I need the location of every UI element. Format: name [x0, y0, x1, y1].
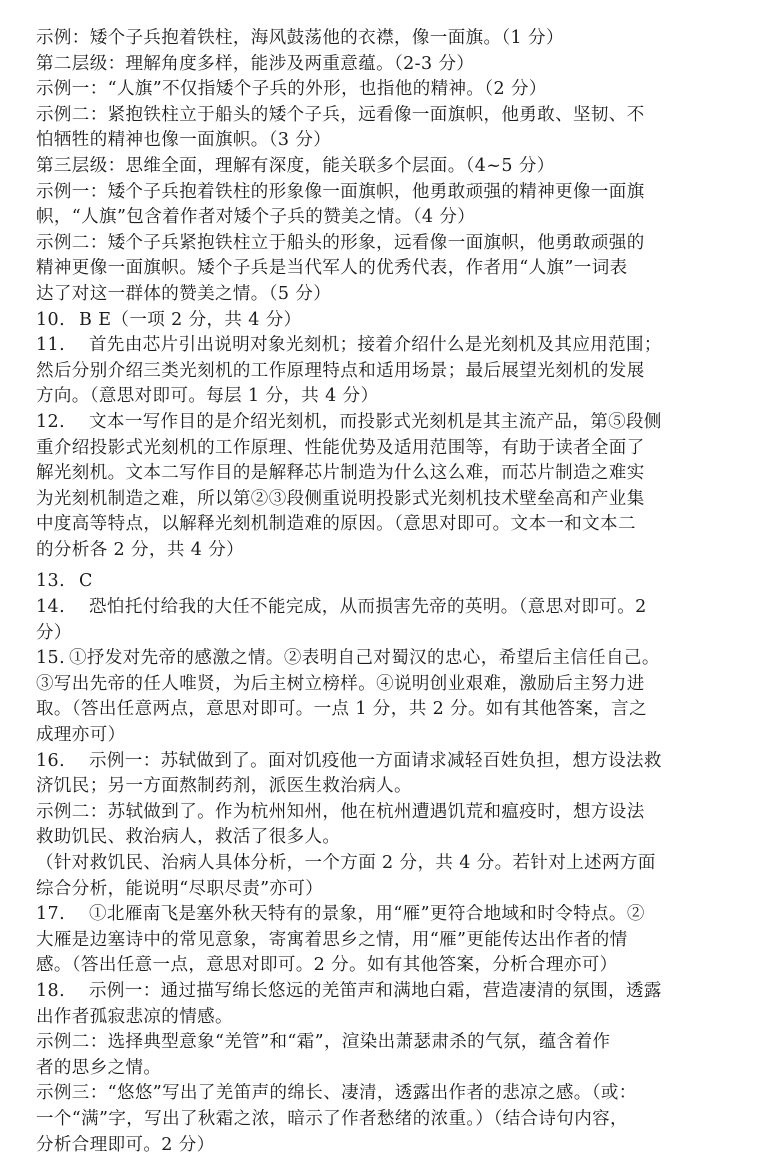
answer-q14: 14.恐怕托付给我的大任不能完成，从而损害先帝的英明。（意思对即可。2 分）: [36, 595, 736, 646]
answer-text: ①北雁南飞是塞外秋天特有的景象，用“雁”更符合地域和时令特点。②: [89, 904, 645, 924]
text-line: 示例一：“人旗”不仅指矮个子兵的外形，也指他的精神。（2 分）: [36, 77, 736, 103]
question-number: 14.: [36, 595, 65, 621]
answer-q16: 16.示例一：苏轼做到了。面对饥疫他一方面请求减轻百姓负担，想方设法救 济饥民；…: [36, 749, 736, 903]
text-line: 者的思乡之情。: [36, 1056, 736, 1082]
text-line: 大雁是边塞诗中的常见意象，寄寓着思乡之情，用“雁”更能传达出作者的情: [36, 928, 736, 954]
text-line: 示例三：“悠悠”写出了羌笛声的绵长、凄清，透露出作者的悲凉之感。（或：: [36, 1081, 736, 1107]
section-q9-continuation: 示例：矮个子兵抱着铁柱，海风鼓荡他的衣襟，像一面旗。（1 分） 第二层级：理解角…: [36, 26, 736, 308]
text-line: 为光刻机制造之难，所以第②③段侧重说明投影式光刻机技术壁垒高和产业集: [36, 487, 736, 513]
text-line: 16.示例一：苏轼做到了。面对饥疫他一方面请求减轻百姓负担，想方设法救: [36, 749, 736, 775]
text-line: 示例二：紧抱铁柱立于船头的矮个子兵，远看像一面旗帜，他勇敢、坚韧、不: [36, 103, 736, 129]
text-line: 一个“满”字，写出了秋霜之浓，暗示了作者愁绪的浓重。）（结合诗句内容，: [36, 1107, 736, 1133]
text-line: 的分析各 2 分，共 4 分）: [36, 538, 736, 564]
text-line: 示例二：苏轼做到了。作为杭州知州，他在杭州遭遇饥荒和瘟疫时，想方设法: [36, 800, 736, 826]
text-line: 示例一：矮个子兵抱着铁柱的形象像一面旗帜，他勇敢顽强的精神更像一面旗: [36, 180, 736, 206]
text-line: 综合分析，能说明“尽职尽责”亦可）: [36, 877, 736, 903]
text-line: 中度高等特点，以解释光刻机制造难的原因。（意思对即可。文本一和文本二: [36, 512, 736, 538]
text-line: 达了对这一群体的赞美之情。（5 分）: [36, 282, 736, 308]
text-line: 12.文本一写作目的是介绍光刻机，而投影式光刻机是其主流产品，第⑤段侧: [36, 410, 736, 436]
text-line: 济饥民；另一方面熬制药剂，派医生救治病人。: [36, 774, 736, 800]
text-line: 17.①北雁南飞是塞外秋天特有的景象，用“雁”更符合地域和时令特点。②: [36, 902, 736, 928]
answer-q12: 12.文本一写作目的是介绍光刻机，而投影式光刻机是其主流产品，第⑤段侧 重介绍投…: [36, 410, 736, 564]
text-line: 示例二：选择典型意象“羌管”和“霜”，渲染出萧瑟肃杀的气氛，蕴含着作: [36, 1030, 736, 1056]
text-line: 成理亦可）: [36, 723, 736, 749]
question-number: 17.: [36, 902, 65, 928]
text-line: 怕牺牲的精神也像一面旗帜。（3 分）: [36, 128, 736, 154]
text-line: 精神更像一面旗帜。矮个子兵是当代军人的优秀代表，作者用“人旗”一词表: [36, 256, 736, 282]
text-line: 10.B E（一项 2 分，共 4 分）: [36, 308, 736, 334]
question-number: 18.: [36, 979, 65, 1005]
answer-text: 示例一：苏轼做到了。面对饥疫他一方面请求减轻百姓负担，想方设法救: [89, 751, 662, 771]
text-line: 13.C: [36, 569, 736, 595]
question-number: 16.: [36, 749, 65, 775]
question-number: 12.: [36, 410, 65, 436]
answer-q13: 13.C: [36, 569, 736, 595]
text-line: 分）: [36, 621, 736, 647]
answer-q15: 15.①抒发对先帝的感激之情。②表明自己对蜀汉的忠心，希望后主信任自己。 ③写出…: [36, 646, 736, 748]
text-line: 示例二：矮个子兵紧抱铁柱立于船头的形象，远看像一面旗帜，他勇敢顽强的: [36, 231, 736, 257]
answer-text: 示例一：通过描写绵长悠远的羌笛声和满地白霜，营造凄清的氛围，透露: [89, 981, 662, 1001]
text-line: 15.①抒发对先帝的感激之情。②表明自己对蜀汉的忠心，希望后主信任自己。: [36, 646, 736, 672]
answer-text: 文本一写作目的是介绍光刻机，而投影式光刻机是其主流产品，第⑤段侧: [89, 412, 662, 432]
text-line: 11.首先由芯片引出说明对象光刻机；接着介绍什么是光刻机及其应用范围；: [36, 333, 736, 359]
text-line: ③写出先帝的任人唯贤，为后主树立榜样。④说明创业艰难，激励后主努力进: [36, 672, 736, 698]
question-number: 15.: [36, 646, 65, 672]
text-line: 帜，“人旗”包含着作者对矮个子兵的赞美之情。（4 分）: [36, 205, 736, 231]
text-line: 18.示例一：通过描写绵长悠远的羌笛声和满地白霜，营造凄清的氛围，透露: [36, 979, 736, 1005]
answer-text: C: [79, 571, 93, 591]
text-line: 14.恐怕托付给我的大任不能完成，从而损害先帝的英明。（意思对即可。2: [36, 595, 736, 621]
text-line: 方向。（意思对即可。每层 1 分，共 4 分）: [36, 384, 736, 410]
text-line: 然后分别介绍三类光刻机的工作原理特点和适用场景；最后展望光刻机的发展: [36, 359, 736, 385]
question-number: 11.: [36, 333, 65, 359]
text-line: （针对救饥民、治病人具体分析，一个方面 2 分，共 4 分。若针对上述两方面: [36, 851, 736, 877]
answer-text: ①抒发对先帝的感激之情。②表明自己对蜀汉的忠心，希望后主信任自己。: [69, 648, 660, 668]
answer-text: 首先由芯片引出说明对象光刻机；接着介绍什么是光刻机及其应用范围；: [89, 335, 662, 355]
text-line: 感。（答出任意一点，意思对即可。2 分。如有其他答案，分析合理亦可）: [36, 953, 736, 979]
question-number: 13.: [36, 569, 65, 595]
answer-text: 恐怕托付给我的大任不能完成，从而损害先帝的英明。（意思对即可。2: [89, 597, 647, 617]
text-line: 取。（答出任意两点，意思对即可。一点 1 分，共 2 分。如有其他答案，言之: [36, 697, 736, 723]
text-line: 解光刻机。文本二写作目的是解释芯片制造为什么这么难，而芯片制造之难实: [36, 461, 736, 487]
text-line: 救助饥民、救治病人，救活了很多人。: [36, 825, 736, 851]
answer-q11: 11.首先由芯片引出说明对象光刻机；接着介绍什么是光刻机及其应用范围； 然后分别…: [36, 333, 736, 410]
text-line: 重介绍投影式光刻机的工作原理、性能优势及适用范围等，有助于读者全面了: [36, 436, 736, 462]
answer-q10: 10.B E（一项 2 分，共 4 分）: [36, 308, 736, 334]
text-line: 出作者孤寂悲凉的情感。: [36, 1005, 736, 1031]
answer-text: B E（一项 2 分，共 4 分）: [79, 310, 302, 330]
question-number: 10.: [36, 308, 65, 334]
text-line: 分析合理即可。2 分）: [36, 1133, 736, 1152]
text-line: 示例：矮个子兵抱着铁柱，海风鼓荡他的衣襟，像一面旗。（1 分）: [36, 26, 736, 52]
text-line: 第二层级：理解角度多样，能涉及两重意蕴。（2-3 分）: [36, 52, 736, 78]
text-line: 第三层级：思维全面，理解有深度，能关联多个层面。（4~5 分）: [36, 154, 736, 180]
answer-q17: 17.①北雁南飞是塞外秋天特有的景象，用“雁”更符合地域和时令特点。② 大雁是边…: [36, 902, 736, 979]
answer-q18: 18.示例一：通过描写绵长悠远的羌笛声和满地白霜，营造凄清的氛围，透露 出作者孤…: [36, 979, 736, 1152]
answer-key-document: 示例：矮个子兵抱着铁柱，海风鼓荡他的衣襟，像一面旗。（1 分） 第二层级：理解角…: [36, 26, 736, 1152]
